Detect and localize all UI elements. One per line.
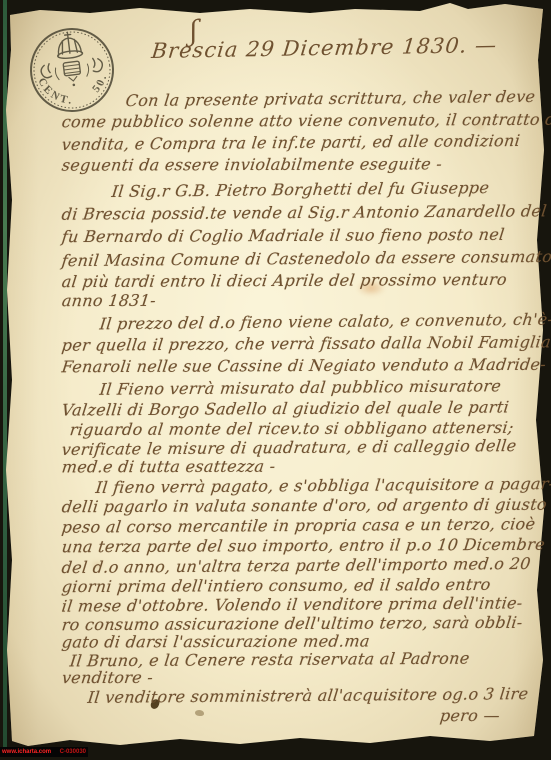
manuscript-line: pero — [439,706,501,725]
manuscript-line: seguenti da essere inviolabilmente esegu… [61,154,443,174]
manuscript-line: una terza parte del suo importo, entro i… [61,535,546,557]
manuscript-line: anno 1831- [61,291,157,310]
manuscript-line: Valzelli di Borgo Sadello al giudizio de… [61,397,510,419]
manuscript-line: Il prezzo del d.o fieno viene calato, e … [99,310,551,334]
seller-watermark: www.icharta.com C-030030 [0,747,88,757]
manuscript-line: delli pagarlo in valuta sonante d'oro, o… [61,495,548,517]
manuscript-line: vendita, e Compra tra le inf.te parti, e… [61,131,522,154]
manuscript-line: di Brescia possid.te vende al Sig.r Anto… [61,201,548,223]
manuscript-line: fenil Masina Comune di Castenedolo da es… [61,247,551,270]
manuscript-lines: Con la presente privata scrittura, che v… [0,0,551,760]
manuscript-line: al più tardi entro li dieci Aprile del p… [61,270,508,291]
manuscript-line: del d.o anno, un'altra terza parte dell'… [61,554,532,577]
manuscript-line: Il Sig.r G.B. Pietro Borghetti del fu Gi… [111,178,491,201]
manuscript-line: Il fieno verrà pagato, e s'obbliga l'acq… [95,474,551,497]
document-scan: CENT. 50. ʃ Brescia 29 Dicembre 1830. — … [0,0,551,760]
manuscript-line: venditore - [61,668,154,687]
manuscript-line: verificate le misure di quadratura, e di… [61,436,518,459]
manuscript-line: gato di darsi l'assicurazione med.ma [61,631,371,651]
manuscript-line: Fenaroli nelle sue Cassine di Negiato ve… [61,355,547,377]
manuscript-line: Il venditore somministrerà all'acquisito… [87,684,530,707]
manuscript-line: med.e di tutta esattezza - [61,457,277,477]
manuscript-line: fu Bernardo di Coglio Madriale il suo fi… [61,225,506,246]
manuscript-line: Il Fieno verrà misurato dal pubblico mis… [99,376,503,398]
manuscript-line: Con la presente privata scrittura, che v… [125,87,537,110]
manuscript-line: come pubblico solenne atto viene convenu… [61,110,551,132]
watermark-code: C-030030 [60,749,86,755]
manuscript-line: per quella il prezzo, che verrà fissato … [61,332,551,354]
watermark-site: www.icharta.com [2,749,51,755]
manuscript-line: peso al corso mercantile in propria casa… [61,514,537,536]
manuscript-line: giorni prima dell'intiero consumo, ed il… [61,575,492,596]
